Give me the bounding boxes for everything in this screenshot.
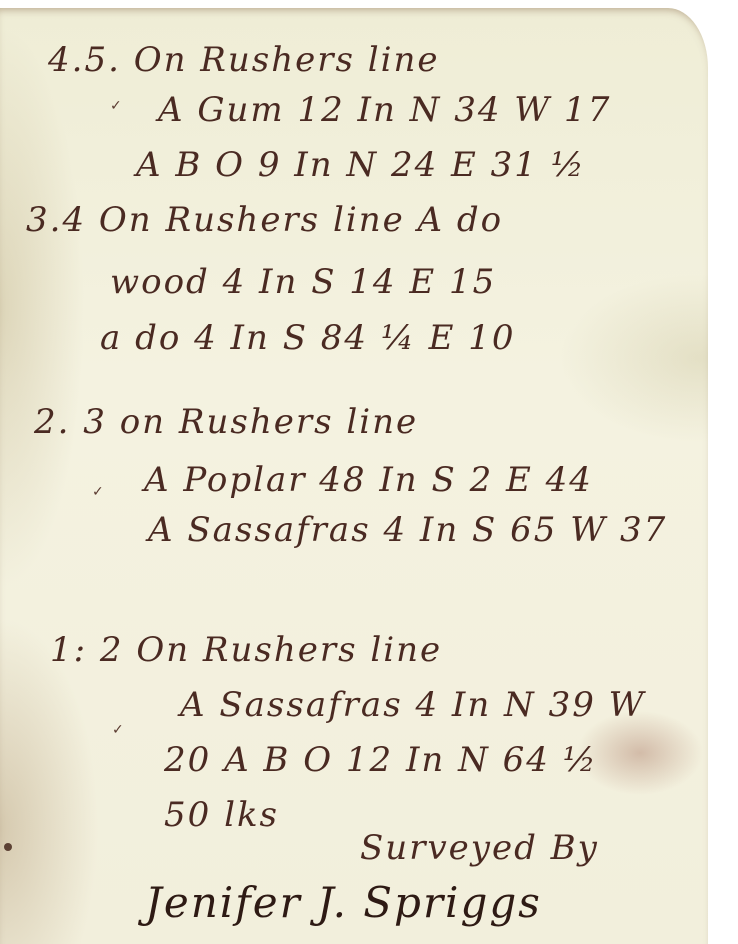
entry: 50 lks (164, 795, 279, 835)
check-mark: ✓ (110, 98, 122, 114)
station-number: 1: 2 (50, 630, 124, 670)
station-number: 3.4 (26, 200, 86, 240)
section-heading: 4.5. On Rushers line (48, 40, 440, 80)
ink-spot (4, 843, 12, 851)
entry: A B O 9 In N 24 E 31 ½ (136, 145, 586, 185)
entry: A Gum 12 In N 34 W 17 (158, 90, 611, 130)
heading-text: On Rushers line (134, 40, 440, 80)
entry: A Sassafras 4 In N 39 W (180, 685, 646, 725)
section-heading: 3.4 On Rushers line A do (26, 200, 503, 240)
surveyed-by-label: Surveyed By (360, 828, 599, 868)
section-heading: 1: 2 On Rushers line (50, 630, 442, 670)
entry: a do 4 In S 84 ¼ E 10 (100, 318, 516, 358)
entry: wood 4 In S 14 E 15 (110, 262, 496, 302)
section-heading: 2. 3 on Rushers line (34, 402, 418, 442)
station-number: 4.5. (48, 40, 121, 80)
check-mark: ✓ (92, 484, 104, 500)
check-mark: ✓ (112, 722, 124, 738)
entry: A Poplar 48 In S 2 E 44 (144, 460, 593, 500)
entry: A Sassafras 4 In S 65 W 37 (148, 510, 667, 550)
heading-text: On Rushers line A do (99, 200, 503, 240)
heading-text: On Rushers line (136, 630, 442, 670)
station-number: 2. 3 (34, 402, 107, 442)
entry: 20 A B O 12 In N 64 ½ (164, 740, 598, 780)
signature: Jenifer J. Spriggs (145, 878, 542, 927)
heading-text: on Rushers line (120, 402, 418, 442)
